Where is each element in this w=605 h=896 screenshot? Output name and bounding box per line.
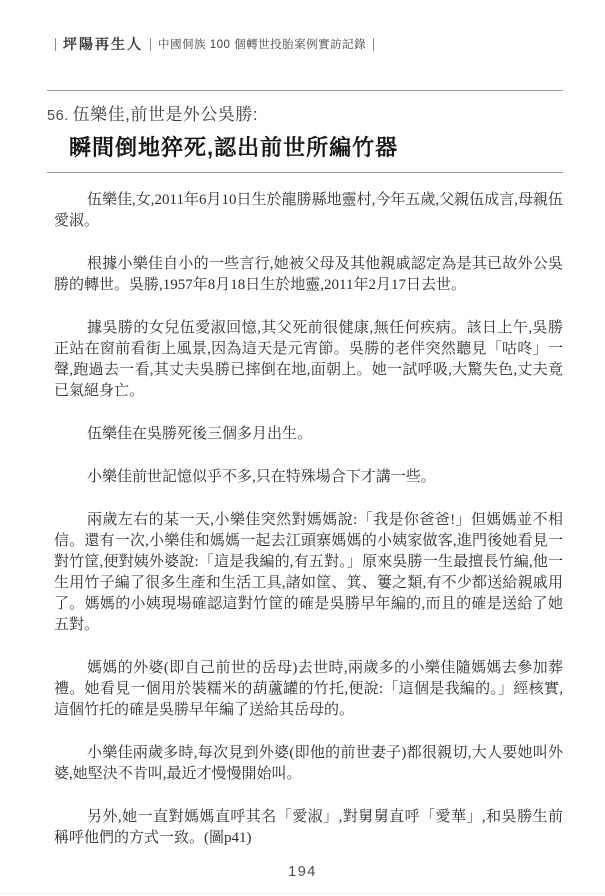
section-number: 56. [47,108,69,124]
running-head-book-title: 坪陽再生人 [63,34,143,54]
divider-bar [373,38,374,51]
running-head: 坪陽再生人 中國侗族 100 個轉世投胎案例實訪記錄 [55,36,605,52]
paragraph: 小樂佳兩歲多時,每次見到外婆(即他的前世妻子)都很親切,大人要她叫外婆,她堅決不… [54,743,563,785]
paragraph: 伍樂佳在吳勝死後三個多月出生。 [54,424,563,445]
body-text: 伍樂佳,女,2011年6月10日生於龍勝縣地靈村,今年五歲,父親伍成言,母親伍愛… [54,190,563,849]
scan-edge-line [0,893,605,894]
separator-rule-top [47,90,563,91]
running-head-book-subtitle: 中國侗族 100 個轉世投胎案例實訪記錄 [158,36,366,52]
paragraph: 根據小樂佳自小的一些言行,她被父母及其他親戚認定為是其已故外公吳勝的轉世。吳勝,… [54,254,563,296]
section-title-line: 56.伍樂佳,前世是外公吳勝: [47,103,605,128]
page-number: 194 [0,864,605,880]
paragraph: 據吳勝的女兒伍愛淑回憶,其父死前很健康,無任何疾病。該日上午,吳勝正站在窗前看街… [54,318,563,402]
paragraph: 媽媽的外婆(即自己前世的岳母)去世時,兩歲多的小樂佳隨媽媽去參加葬禮。她看見一個… [54,658,563,721]
paragraph: 伍樂佳,女,2011年6月10日生於龍勝縣地靈村,今年五歲,父親伍成言,母親伍愛… [54,190,563,232]
book-page: 坪陽再生人 中國侗族 100 個轉世投胎案例實訪記錄 56.伍樂佳,前世是外公吳… [0,0,605,896]
divider-bar [55,38,56,51]
separator-rule-bottom [47,172,563,173]
paragraph: 小樂佳前世記憶似乎不多,只在特殊場合下才講一些。 [54,467,563,488]
section-title: 伍樂佳,前世是外公吳勝: [73,105,258,124]
paragraph: 兩歲左右的某一天,小樂佳突然對媽媽說:「我是你爸爸!」但媽媽並不相信。還有一次,… [54,510,563,636]
paragraph: 另外,她一直對媽媽直呼其名「愛淑」,對舅舅直呼「愛華」,和吳勝生前稱呼他們的方式… [54,807,563,849]
section-heading: 56.伍樂佳,前世是外公吳勝: 瞬間倒地猝死,認出前世所編竹器 [47,103,605,163]
section-headline: 瞬間倒地猝死,認出前世所編竹器 [47,133,605,163]
divider-bar [150,38,151,51]
